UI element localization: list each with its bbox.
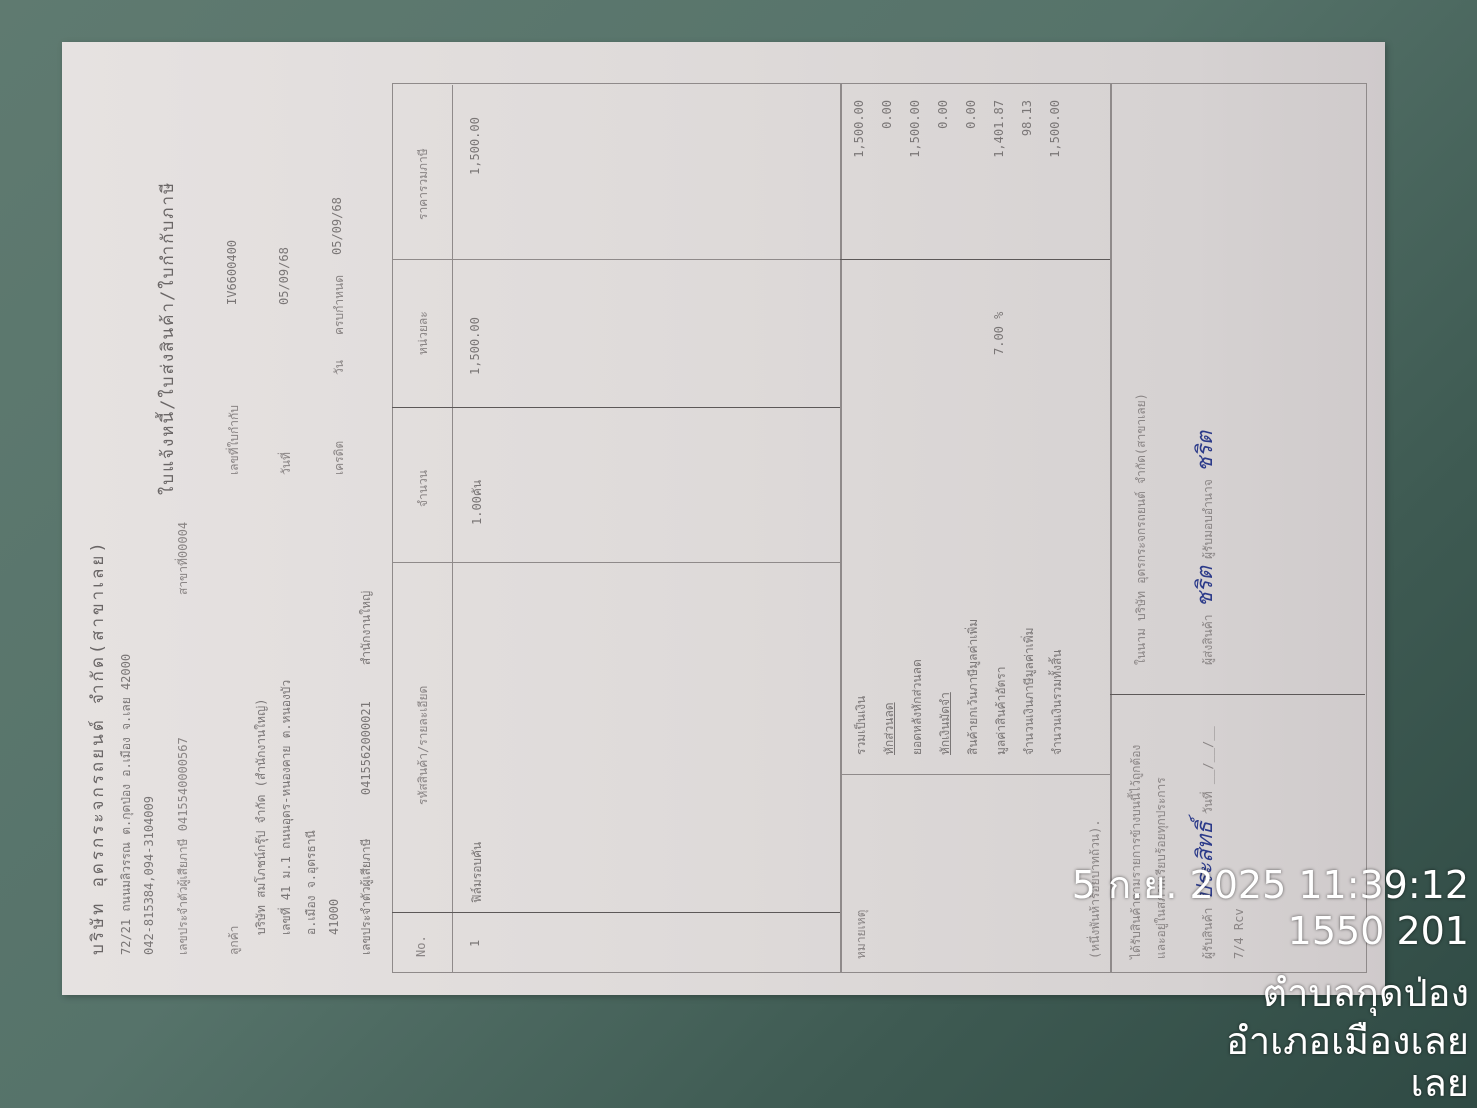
- credit-label: เครดิต: [330, 441, 349, 475]
- sender-label: ผู้ส่งสินค้า: [1201, 614, 1215, 665]
- col-header-description: รหัสสินค้า/รายละเอียด: [414, 686, 433, 805]
- due-label: ครบกำหนด: [330, 275, 349, 335]
- totals-value: 1,500.00: [1048, 100, 1062, 158]
- company-name: บริษัท อุดรกระจกรถยนต์ จำกัด(สาขาเลย): [84, 539, 111, 955]
- totals-value: 0.00: [964, 100, 978, 129]
- customer-address1: เลขที่ 41 ม.1 ถนนอุดร-หนองคาย ต.หนองบัว: [277, 680, 296, 935]
- document-title: ใบแจ้งหนี้/ใบส่งสินค้า/ใบกำกับภาษี: [154, 181, 181, 495]
- company-tax-id-value: 0415540000567: [176, 737, 190, 831]
- row-qty: 1.00คัน: [468, 480, 487, 525]
- col-divider: [392, 912, 840, 913]
- overlay-code: 1550 201: [1288, 908, 1469, 954]
- totals-box: [840, 83, 1112, 973]
- receiver-date-label: วันที่: [1201, 791, 1215, 814]
- due-date: 05/09/68: [330, 197, 344, 255]
- invoice-no-label: เลขที่ใบกำกับ: [225, 405, 244, 475]
- col-divider: [392, 259, 840, 260]
- received-text-1: ได้รับสินค้าตามรายการข้างบนนี้ไว้ถูกต้อง: [1127, 745, 1146, 959]
- company-phone: 042-815384,094-3104009: [142, 796, 156, 955]
- customer-name: บริษัท สมโภชน์กรุ๊ป จำกัด (สำนักงานใหญ่): [252, 699, 271, 935]
- customer-label: ลูกค้า: [225, 926, 244, 955]
- footer-divider: [1110, 694, 1365, 695]
- authorized-label: ผู้รับมอบอำนาจ: [1201, 479, 1215, 559]
- totals-value: 1,500.00: [908, 100, 922, 158]
- customer-address2: อ.เมือง จ.อุดรธานี: [302, 830, 321, 935]
- col-header-amount: ราคารวมภาษี: [414, 148, 433, 220]
- totals-value: 98.13: [1020, 100, 1034, 136]
- invoice-date: 05/09/68: [277, 247, 291, 305]
- totals-divider: [840, 259, 1110, 260]
- vat-rate: 7.00 %: [992, 312, 1006, 355]
- customer-branch: สำนักงานใหญ่: [359, 591, 373, 665]
- receiver-line: ผู้รับสินค้า ประสิทธิ์ วันที่ __/__/__: [1187, 726, 1222, 959]
- totals-value: 1,401.87: [992, 100, 1006, 158]
- overlay-province: เลย: [1410, 1060, 1469, 1106]
- company-branch-label: สาขาที่: [176, 558, 190, 595]
- on-behalf-text: ในนาม บริษัท อุดรกระจกรถยนต์ จำกัด(สาขาเ…: [1132, 393, 1151, 665]
- customer-tax-id-label: เลขประจำตัวผู้เสียภาษี: [359, 838, 373, 955]
- invoice-sheet: บริษัท อุดรกระจกรถยนต์ จำกัด(สาขาเลย) 72…: [62, 42, 1385, 995]
- receiver-label: ผู้รับสินค้า: [1201, 908, 1215, 959]
- totals-value: 1,500.00: [852, 100, 866, 158]
- overlay-district: อำเภอเมืองเลย: [1226, 1018, 1469, 1064]
- row-no: 1: [468, 940, 482, 947]
- company-tax-id: เลขประจำตัวผู้เสียภาษี 0415540000567: [174, 737, 193, 955]
- totals-value: 0.00: [880, 100, 894, 129]
- sender-line: ผู้ส่งสินค้า ชริต ผู้รับมอบอำนาจ ชริต: [1187, 431, 1222, 665]
- invoice-no: IV6600400: [225, 240, 239, 305]
- sender-signature: ชริต: [1193, 566, 1218, 607]
- company-branch-no: 00004: [176, 522, 190, 558]
- customer-tax-id-value: 0415562000021: [359, 701, 373, 795]
- totals-label: รวมเป็นเงิน: [852, 696, 871, 755]
- col-header-qty: จำนวน: [414, 470, 433, 507]
- remarks-label: หมายเหตุ: [852, 910, 871, 959]
- col-header-no: No.: [414, 935, 428, 957]
- credit-unit: วัน: [330, 360, 349, 375]
- totals-label: จำนวนเงินภาษีมูลค่าเพิ่ม: [1020, 627, 1039, 755]
- totals-label: หักส่วนลด: [880, 702, 899, 755]
- totals-label: มูลค่าสินค้าอัตรา: [992, 666, 1011, 755]
- company-address: 72/21 ถนนมลิวรรณ ต.กุดป่อง อ.เมือง จ.เลย…: [117, 654, 136, 955]
- overlay-datetime: 5 ก.ย. 2025 11:39:12: [1072, 862, 1469, 908]
- company-branch: สาขาที่00004: [174, 522, 193, 595]
- totals-label: ยอดหลังหักส่วนลด: [908, 659, 927, 755]
- company-tax-id-label: เลขประจำตัวผู้เสียภาษี: [176, 838, 190, 955]
- overlay-subdistrict: ตำบลกุดป่อง: [1262, 970, 1469, 1016]
- totals-divider: [840, 774, 1110, 775]
- invoice-paper: บริษัท อุดรกระจกรถยนต์ จำกัด(สาขาเลย) 72…: [62, 42, 1385, 995]
- authorized-signature: ชริต: [1193, 431, 1218, 472]
- form-code: 7/4 Rcv: [1232, 908, 1246, 959]
- col-header-unit-price: หน่วยละ: [414, 311, 433, 355]
- totals-label: สินค้ายกเว้นภาษีมูลค่าเพิ่ม: [964, 619, 983, 755]
- row-description: ฟิล์มรอบคัน: [468, 842, 487, 903]
- totals-label: หักเงินมัดจำ: [936, 692, 955, 755]
- table-header-divider: [452, 85, 453, 973]
- col-divider: [392, 407, 840, 408]
- col-divider: [392, 562, 840, 563]
- totals-value: 0.00: [936, 100, 950, 129]
- totals-label: จำนวนเงินรวมทั้งสิ้น: [1048, 650, 1067, 755]
- customer-postcode: 41000: [327, 899, 341, 935]
- customer-tax-id: เลขประจำตัวผู้เสียภาษี 0415562000021 สำน…: [357, 591, 376, 955]
- row-unit-price: 1,500.00: [468, 317, 482, 375]
- date-label: วันที่: [277, 452, 296, 475]
- receiver-date: __/__/__: [1201, 726, 1215, 784]
- items-table: [392, 83, 842, 973]
- row-amount: 1,500.00: [468, 117, 482, 175]
